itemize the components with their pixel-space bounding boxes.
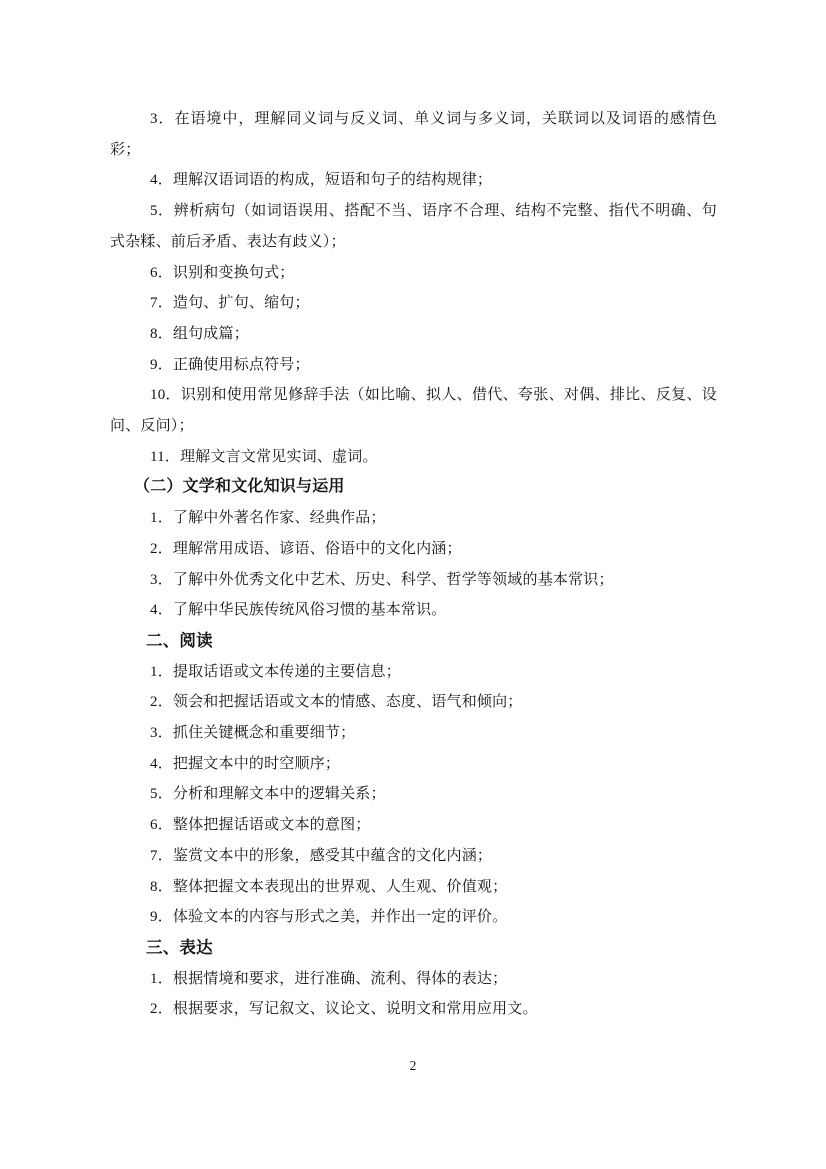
syllabus-item: 3．了解中外优秀文化中艺术、历史、科学、哲学等领域的基本常识；: [110, 565, 717, 596]
section-heading-reading: 二、阅读: [110, 626, 717, 657]
syllabus-item: 7．鉴赏文本中的形象，感受其中蕴含的文化内涵；: [110, 841, 717, 872]
syllabus-item: 5．辨析病句（如词语误用、搭配不当、语序不合理、结构不完整、指代不明确、句式杂糅…: [110, 196, 717, 257]
syllabus-item: 4．把握文本中的时空顺序；: [110, 749, 717, 780]
syllabus-item: 7．造句、扩句、缩句；: [110, 288, 717, 319]
syllabus-item: 2．领会和把握话语或文本的情感、态度、语气和倾向；: [110, 687, 717, 718]
syllabus-item: 6．识别和变换句式；: [110, 258, 717, 289]
syllabus-item: 4．了解中华民族传统风俗习惯的基本常识。: [110, 595, 717, 626]
syllabus-item: 2．理解常用成语、谚语、俗语中的文化内涵；: [110, 534, 717, 565]
document-page: 3．在语境中，理解同义词与反义词、单义词与多义词，关联词以及词语的感情色彩； 4…: [0, 0, 826, 1169]
syllabus-item: 3．在语境中，理解同义词与反义词、单义词与多义词，关联词以及词语的感情色彩；: [110, 104, 717, 165]
section-heading-expression: 三、表达: [110, 933, 717, 964]
document-text-content: 3．在语境中，理解同义词与反义词、单义词与多义词，关联词以及词语的感情色彩； 4…: [110, 104, 717, 1025]
syllabus-item: 6．整体把握话语或文本的意图；: [110, 810, 717, 841]
section-heading-literature-culture: （二）文学和文化知识与运用: [110, 472, 717, 503]
syllabus-item: 2．根据要求，写记叙文、议论文、说明文和常用应用文。: [110, 994, 717, 1025]
syllabus-item: 8．整体把握文本表现出的世界观、人生观、价值观；: [110, 872, 717, 903]
syllabus-item: 5．分析和理解文本中的逻辑关系；: [110, 779, 717, 810]
page-number: 2: [0, 1058, 826, 1074]
syllabus-item: 1．提取话语或文本传递的主要信息；: [110, 657, 717, 688]
syllabus-item: 4．理解汉语词语的构成，短语和句子的结构规律；: [110, 165, 717, 196]
syllabus-item: 1．根据情境和要求，进行准确、流利、得体的表达；: [110, 964, 717, 995]
syllabus-item: 1．了解中外著名作家、经典作品；: [110, 503, 717, 534]
syllabus-item: 10．识别和使用常见修辞手法（如比喻、拟人、借代、夸张、对偶、排比、反复、设问、…: [110, 380, 717, 441]
syllabus-item: 3．抓住关键概念和重要细节；: [110, 718, 717, 749]
syllabus-item: 11．理解文言文常见实词、虚词。: [110, 442, 717, 473]
syllabus-item: 9．体验文本的内容与形式之美，并作出一定的评价。: [110, 902, 717, 933]
syllabus-item: 9．正确使用标点符号；: [110, 350, 717, 381]
syllabus-item: 8．组句成篇；: [110, 319, 717, 350]
